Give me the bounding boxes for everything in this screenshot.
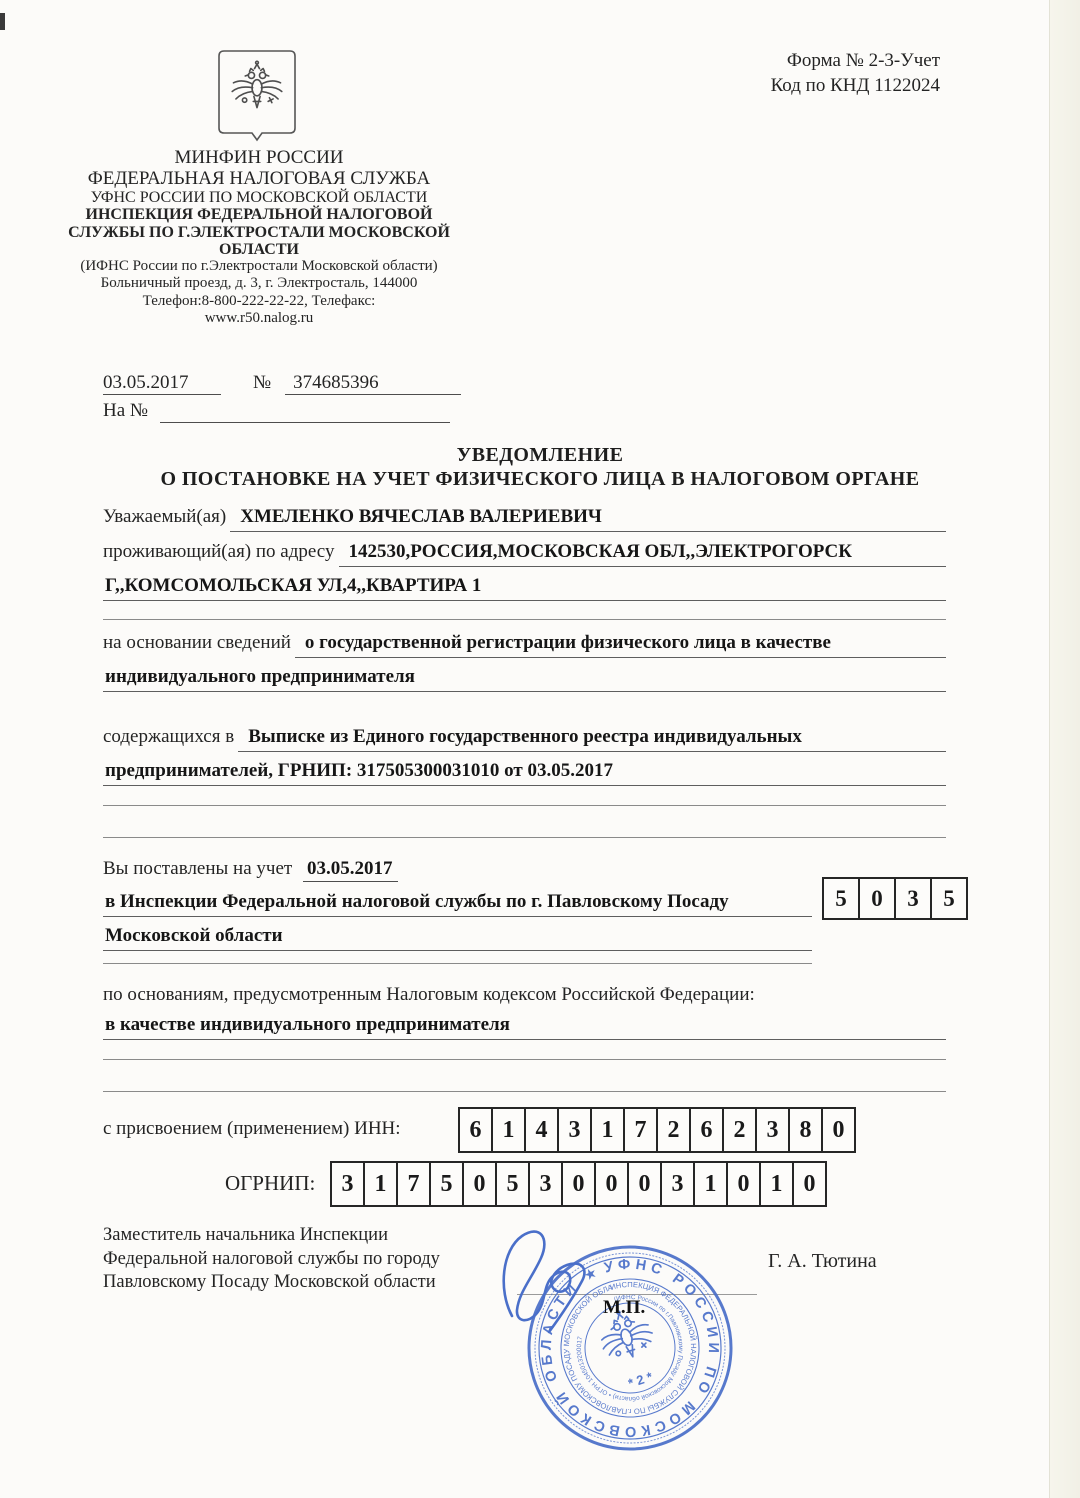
grounds-row: в качестве индивидуального предпринимате… — [103, 1014, 946, 1040]
reply-reference-row: На № — [103, 400, 450, 423]
address-label: проживающий(ая) по адресу — [103, 541, 339, 563]
blank-underline — [103, 619, 946, 620]
source-row-2: предпринимателей, ГРНИП: 317505300031010… — [103, 760, 946, 786]
coat-of-arms-icon — [213, 46, 301, 144]
reply-number-blank — [160, 400, 450, 423]
ogrnip-digit: 0 — [561, 1161, 596, 1207]
source-label: содержащихся в — [103, 726, 238, 748]
inn-digit: 1 — [590, 1107, 625, 1153]
org-website: www.r50.nalog.ru — [28, 310, 490, 327]
inn-digit: 1 — [491, 1107, 526, 1153]
inn-digit: 3 — [755, 1107, 790, 1153]
code-digit: 0 — [858, 877, 896, 920]
ogrnip-digit: 3 — [660, 1161, 695, 1207]
basis-value-2: индивидуального предпринимателя — [103, 666, 946, 692]
source-row-1: содержащихся в Выписке из Единого госуда… — [103, 726, 946, 752]
basis-value-1: о государственной регистрации физическог… — [295, 632, 946, 658]
signer-name: Г. А. Тютина — [768, 1250, 877, 1273]
ogrnip-digit: 5 — [495, 1161, 530, 1207]
ogrnip-digit: 0 — [792, 1161, 827, 1207]
inn-digit: 0 — [821, 1107, 856, 1153]
signer-post-line: Федеральной налоговой службы по городу — [103, 1248, 440, 1272]
inspection-row-1: в Инспекции Федеральной налоговой службы… — [103, 891, 812, 917]
document-page: Форма № 2-3-Учет Код по КНД 1122024 МИНФ… — [0, 0, 1080, 1498]
grounds-label: по основаниям, предусмотренным Налоговым… — [103, 984, 755, 1006]
reference-row: 03.05.2017 № 374685396 — [103, 372, 461, 395]
ogrnip-boxes: 3 1 7 5 0 5 3 0 0 0 3 1 0 1 0 — [330, 1161, 827, 1207]
ogrnip-digit: 1 — [759, 1161, 794, 1207]
blank-underline — [103, 963, 812, 964]
title-line-1: УВЕДОМЛЕНИЕ — [60, 443, 1020, 467]
scan-artifact — [0, 13, 5, 30]
code-digit: 5 — [930, 877, 968, 920]
inn-digit: 2 — [722, 1107, 757, 1153]
code-digit: 3 — [894, 877, 932, 920]
person-name: ХМЕЛЕНКО ВЯЧЕСЛАВ ВАЛЕРИЕВИЧ — [230, 506, 946, 532]
inn-digit: 8 — [788, 1107, 823, 1153]
ogrnip-digit: 0 — [594, 1161, 629, 1207]
document-title: УВЕДОМЛЕНИЕ О ПОСТАНОВКЕ НА УЧЕТ ФИЗИЧЕС… — [60, 443, 1020, 491]
org-short-name: (ИФНС России по г.Электростали Московско… — [28, 258, 490, 275]
ogrnip-label: ОГРНИП: — [225, 1171, 315, 1196]
ogrnip-digit: 1 — [363, 1161, 398, 1207]
registered-row: Вы поставлены на учет 03.05.2017 — [103, 858, 398, 880]
document-number: 374685396 — [285, 372, 461, 395]
basis-label: на основании сведений — [103, 632, 295, 654]
registered-label: Вы поставлены на учет — [103, 858, 292, 879]
grounds-value: в качестве индивидуального предпринимате… — [103, 1014, 946, 1040]
registered-date: 03.05.2017 — [303, 858, 399, 882]
ogrnip-digit: 3 — [528, 1161, 563, 1207]
handwritten-signature — [496, 1224, 621, 1336]
blank-underline — [103, 1059, 946, 1060]
org-address: Больничный проезд, д. 3, г. Электросталь… — [28, 275, 490, 292]
org-line: УФНС РОССИИ ПО МОСКОВСКОЙ ОБЛАСТИ — [28, 189, 490, 206]
source-value-1: Выписке из Единого государственного реес… — [238, 726, 946, 752]
basis-row-2: индивидуального предпринимателя — [103, 666, 946, 692]
org-line: СЛУЖБЫ ПО Г.ЭЛЕКТРОСТАЛИ МОСКОВСКОЙ — [28, 224, 490, 241]
org-line: ФЕДЕРАЛЬНАЯ НАЛОГОВАЯ СЛУЖБА — [28, 169, 490, 190]
inn-digit: 6 — [458, 1107, 493, 1153]
form-info: Форма № 2-3-Учет Код по КНД 1122024 — [640, 48, 940, 98]
ogrnip-digit: 0 — [627, 1161, 662, 1207]
signer-post: Заместитель начальника Инспекции Федерал… — [103, 1224, 440, 1295]
reply-number-label: На № — [103, 400, 148, 422]
scan-edge-shadow — [1049, 0, 1080, 1498]
inspection-name-1: в Инспекции Федеральной налоговой службы… — [103, 891, 812, 917]
ogrnip-digit: 0 — [726, 1161, 761, 1207]
signer-post-line: Павловскому Посаду Московской области — [103, 1271, 440, 1295]
address-value-1: 142530,РОССИЯ,МОСКОВСКАЯ ОБЛ,,ЭЛЕКТРОГОР… — [339, 541, 947, 567]
signer-post-line: Заместитель начальника Инспекции — [103, 1224, 440, 1248]
inn-digit: 2 — [656, 1107, 691, 1153]
inn-boxes: 6 1 4 3 1 7 2 6 2 3 8 0 — [458, 1107, 856, 1153]
salutation-label: Уважаемый(ая) — [103, 506, 230, 528]
inspection-code-boxes: 5 0 3 5 — [822, 877, 968, 920]
document-date: 03.05.2017 — [103, 372, 221, 395]
title-line-2: О ПОСТАНОВКЕ НА УЧЕТ ФИЗИЧЕСКОГО ЛИЦА В … — [60, 467, 1020, 491]
code-digit: 5 — [822, 877, 860, 920]
ogrnip-digit: 1 — [693, 1161, 728, 1207]
blank-underline — [103, 805, 946, 806]
inn-digit: 4 — [524, 1107, 559, 1153]
address-row-1: проживающий(ая) по адресу 142530,РОССИЯ,… — [103, 541, 946, 567]
form-number: Форма № 2-3-Учет — [640, 48, 940, 73]
knd-code: Код по КНД 1122024 — [640, 73, 940, 98]
org-phone: Телефон:8-800-222-22-22, Телефакс: — [28, 293, 490, 310]
ogrnip-digit: 5 — [429, 1161, 464, 1207]
address-row-2: Г,,КОМСОМОЛЬСКАЯ УЛ,4,,КВАРТИРА 1 — [103, 575, 946, 601]
address-value-2: Г,,КОМСОМОЛЬСКАЯ УЛ,4,,КВАРТИРА 1 — [103, 575, 946, 601]
inn-label: с присвоением (применением) ИНН: — [103, 1118, 401, 1140]
ogrnip-digit: 3 — [330, 1161, 365, 1207]
org-line: ИНСПЕКЦИЯ ФЕДЕРАЛЬНОЙ НАЛОГОВОЙ — [28, 206, 490, 223]
blank-underline — [103, 837, 946, 838]
inn-digit: 3 — [557, 1107, 592, 1153]
ogrnip-digit: 7 — [396, 1161, 431, 1207]
org-line: МИНФИН РОССИИ — [28, 148, 490, 169]
blank-underline — [103, 1091, 946, 1092]
ogrnip-digit: 0 — [462, 1161, 497, 1207]
letterhead: МИНФИН РОССИИ ФЕДЕРАЛЬНАЯ НАЛОГОВАЯ СЛУЖ… — [28, 148, 490, 327]
inn-digit: 7 — [623, 1107, 658, 1153]
inspection-name-2: Московской области — [103, 925, 812, 951]
number-sign: № — [253, 372, 271, 394]
inn-digit: 6 — [689, 1107, 724, 1153]
org-line: ОБЛАСТИ — [28, 241, 490, 258]
salutation-row: Уважаемый(ая) ХМЕЛЕНКО ВЯЧЕСЛАВ ВАЛЕРИЕВ… — [103, 506, 946, 532]
basis-row-1: на основании сведений о государственной … — [103, 632, 946, 658]
inspection-row-2: Московской области — [103, 925, 812, 951]
source-value-2: предпринимателей, ГРНИП: 317505300031010… — [103, 760, 946, 786]
